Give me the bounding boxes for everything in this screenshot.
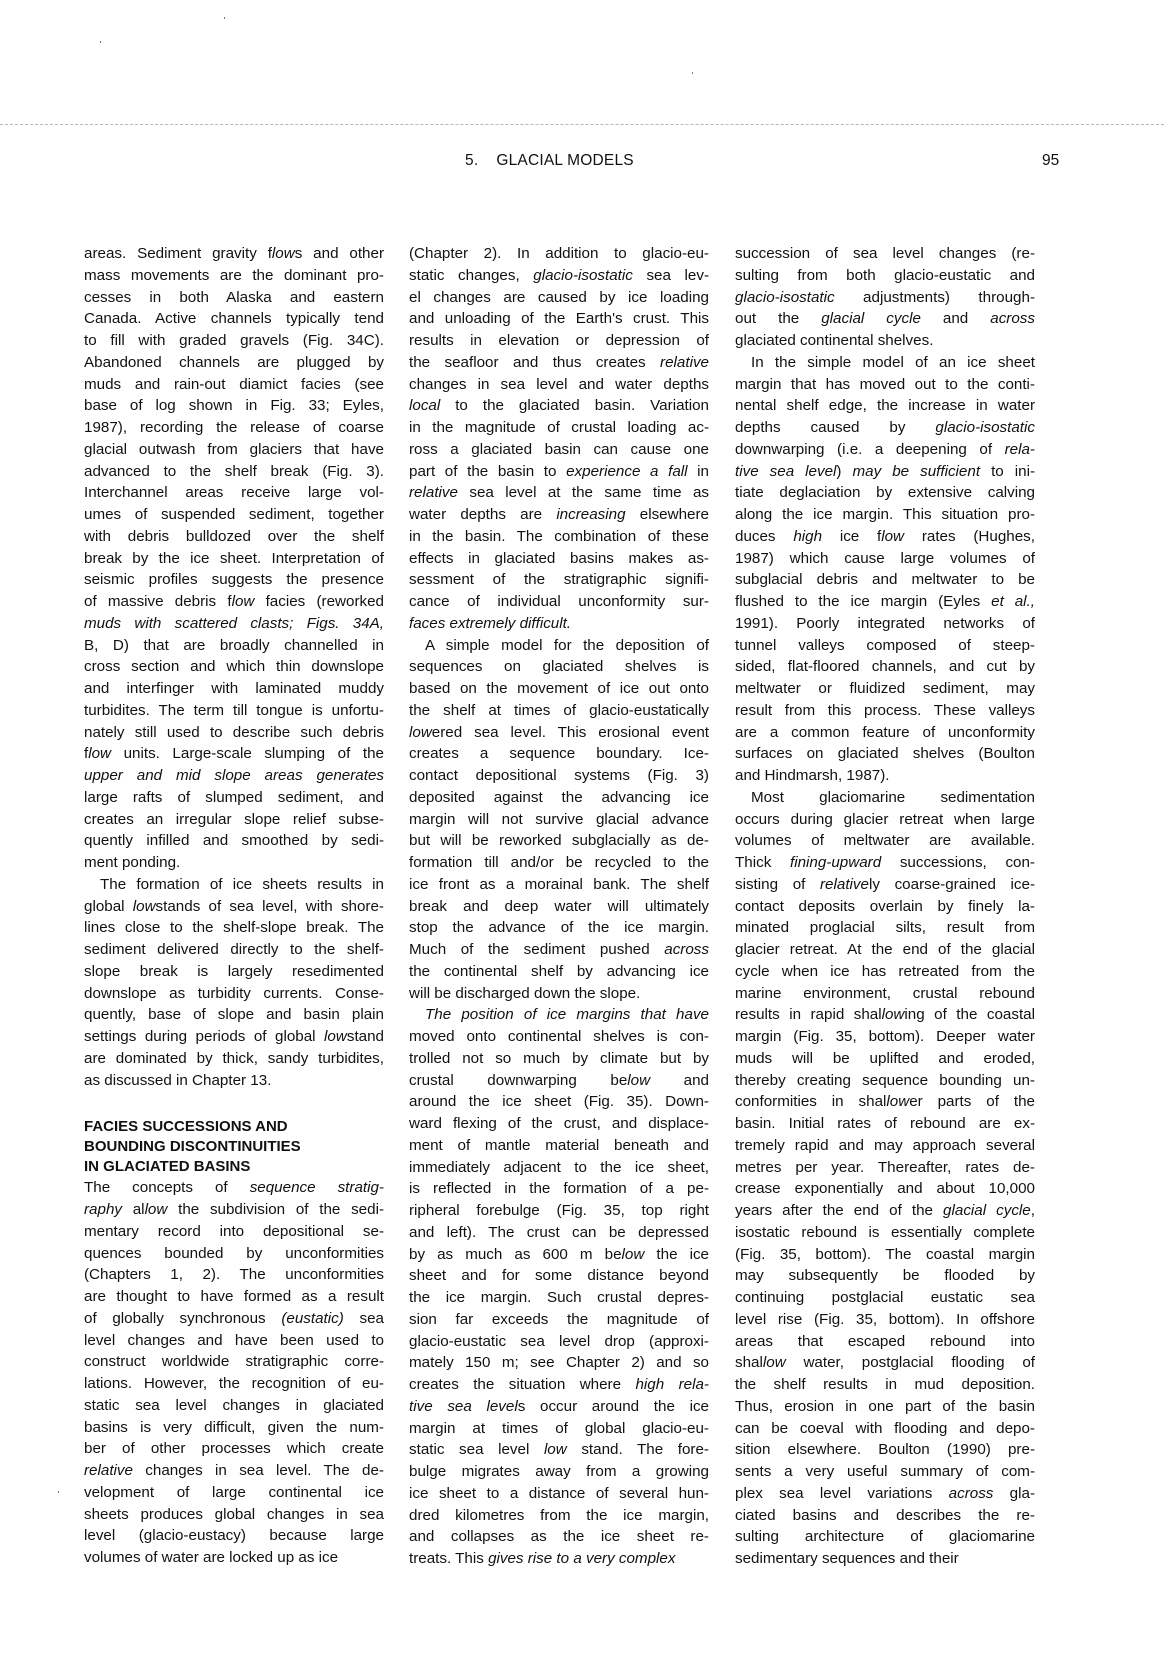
text-line: static sea level low stand. The fore- <box>409 1439 709 1461</box>
text-line: the shelf at times of glacio-eustaticall… <box>409 700 709 722</box>
text-line: sulting from both glacio-eustatic and <box>735 265 1035 287</box>
text-line: sents a very useful summary of com- <box>735 1461 1035 1483</box>
text-line: flow units. Large-scale slumping of the <box>84 743 384 765</box>
text-line: cross section and which thin downslope <box>84 656 384 678</box>
text-line: downwarping (i.e. a deepening of rela- <box>735 439 1035 461</box>
text-line: sulting architecture of glaciomarine <box>735 1526 1035 1548</box>
text-line: tive sea levels occur around the ice <box>409 1396 709 1418</box>
text-line: the shelf results in mud deposition. <box>735 1374 1035 1396</box>
text-line: immediately adjacent to the ice sheet, <box>409 1157 709 1179</box>
text-line: are a common feature of unconformity <box>735 722 1035 744</box>
heading-line: FACIES SUCCESSIONS AND <box>84 1117 384 1137</box>
text-line: sessment of the stratigraphic signifi- <box>409 569 709 591</box>
text-line: sided, flat-floored channels, and cut by <box>735 656 1035 678</box>
text-line: glaciated continental shelves. <box>735 330 1035 352</box>
text-line: water depths are increasing elsewhere <box>409 504 709 526</box>
scan-speck <box>100 41 101 43</box>
text-line: volumes of water are locked up as ice <box>84 1547 384 1569</box>
text-line: results in elevation or depression of <box>409 330 709 352</box>
paragraph: areas. Sediment gravity flows and otherm… <box>84 243 384 874</box>
text-line: areas. Sediment gravity flows and other <box>84 243 384 265</box>
text-line: as discussed in Chapter 13. <box>84 1070 384 1092</box>
text-line: level (glacio-eustacy) because large <box>84 1525 384 1547</box>
text-line: sediment delivered directly to the shelf… <box>84 939 384 961</box>
text-line: lowered sea level. This erosional event <box>409 722 709 744</box>
text-line: sequences on glaciated shelves is <box>409 656 709 678</box>
text-line: around the ice sheet (Fig. 35). Down- <box>409 1091 709 1113</box>
text-line: succession of sea level changes (re- <box>735 243 1035 265</box>
text-line: quences bounded by unconformities <box>84 1243 384 1265</box>
text-line: are thought to have formed as a result <box>84 1286 384 1308</box>
text-line: metres per year. Thereafter, rates de- <box>735 1157 1035 1179</box>
text-line: 1987) which cause large volumes of <box>735 548 1035 570</box>
text-line: global lowstands of sea level, with shor… <box>84 896 384 918</box>
text-line: and unloading of the Earth's crust. This <box>409 308 709 330</box>
text-line: break and deep water will ultimately <box>409 896 709 918</box>
text-line: ment ponding. <box>84 852 384 874</box>
text-line: glacier retreat. At the end of the glaci… <box>735 939 1035 961</box>
text-line: part of the basin to experience a fall i… <box>409 461 709 483</box>
text-line: but will be reworked subglacially as de- <box>409 830 709 852</box>
heading-line: IN GLACIATED BASINS <box>84 1157 384 1177</box>
text-line: are dominated by thick, sandy turbidites… <box>84 1048 384 1070</box>
text-line: seismic profiles suggests the presence <box>84 569 384 591</box>
text-line: Thick fining-upward successions, con- <box>735 852 1035 874</box>
text-line: surfaces on glaciated shelves (Boulton <box>735 743 1035 765</box>
text-line: flushed to the ice margin (Eyles et al., <box>735 591 1035 613</box>
text-line: base of log shown in Fig. 33; Eyles, <box>84 395 384 417</box>
text-line: muds with scattered clasts; Figs. 34A, <box>84 613 384 635</box>
paragraph: (Chapter 2). In addition to glacio-eu-st… <box>409 243 709 635</box>
text-column-2: (Chapter 2). In addition to glacio-eu-st… <box>409 243 709 1570</box>
running-header: 5. GLACIAL MODELS 95 <box>0 152 1164 176</box>
text-line: (Chapter 2). In addition to glacio-eu- <box>409 243 709 265</box>
text-line: treats. This gives rise to a very comple… <box>409 1548 709 1570</box>
text-line: depths caused by glacio-isostatic <box>735 417 1035 439</box>
text-line: (Fig. 35, bottom). The coastal margin <box>735 1244 1035 1266</box>
scan-speck <box>58 1491 59 1493</box>
text-line: based on the movement of ice out onto <box>409 678 709 700</box>
text-line: tremely rapid and may approach several <box>735 1135 1035 1157</box>
text-line: years after the end of the glacial cycle… <box>735 1200 1035 1222</box>
text-line: faces extremely difficult. <box>409 613 709 635</box>
text-line: nately still used to describe such debri… <box>84 722 384 744</box>
text-line: The concepts of sequence stratig- <box>84 1177 384 1199</box>
text-line: lations. However, the recognition of eu- <box>84 1373 384 1395</box>
text-line: formation till and/or be recycled to the <box>409 852 709 874</box>
text-line: margin (Fig. 35, bottom). Deeper water <box>735 1026 1035 1048</box>
text-line: effects in glaciated basins makes as- <box>409 548 709 570</box>
text-line: sheet and for some distance beyond <box>409 1265 709 1287</box>
text-line: out the glacial cycle and across <box>735 308 1035 330</box>
text-line: the seafloor and thus creates relative <box>409 352 709 374</box>
text-line: margin at times of global glacio-eu- <box>409 1418 709 1440</box>
text-line: result from this process. These valleys <box>735 700 1035 722</box>
text-line: glacio-isostatic adjustments) through- <box>735 287 1035 309</box>
text-line: The formation of ice sheets results in <box>84 874 384 896</box>
text-line: plex sea level variations across gla- <box>735 1483 1035 1505</box>
text-line: contact deposits overlain by finely la- <box>735 896 1035 918</box>
text-line: break by the ice sheet. Interpretation o… <box>84 548 384 570</box>
text-line: ripheral forebulge (Fig. 35, top right <box>409 1200 709 1222</box>
text-line: relative sea level at the same time as <box>409 482 709 504</box>
text-line: sisting of relatively coarse-grained ice… <box>735 874 1035 896</box>
text-line: advanced to the shelf break (Fig. 3). <box>84 461 384 483</box>
paragraph: The position of ice margins that havemov… <box>409 1004 709 1570</box>
text-line: upper and mid slope areas generates <box>84 765 384 787</box>
text-line: ward flexing of the crust, and displace- <box>409 1113 709 1135</box>
text-line: Abandoned channels are plugged by <box>84 352 384 374</box>
text-line: occurs during glacier retreat when large <box>735 809 1035 831</box>
text-line: tiate deglaciation by extensive calving <box>735 482 1035 504</box>
text-line: ment of mantle material beneath and <box>409 1135 709 1157</box>
text-line: subglacial debris and meltwater to be <box>735 569 1035 591</box>
text-line: sion far exceeds the magnitude of <box>409 1309 709 1331</box>
text-line: A simple model for the deposition of <box>409 635 709 657</box>
text-line: The position of ice margins that have <box>409 1004 709 1026</box>
text-line: isostatic rebound is essentially complet… <box>735 1222 1035 1244</box>
text-line: shallow water, postglacial flooding of <box>735 1352 1035 1374</box>
paragraph: succession of sea level changes (re-sult… <box>735 243 1035 352</box>
text-line: by as much as 600 m below the ice <box>409 1244 709 1266</box>
text-line: of globally synchronous (eustatic) sea <box>84 1308 384 1330</box>
text-line: basins is very difficult, given the num- <box>84 1417 384 1439</box>
text-line: minated proglacial silts, result from <box>735 917 1035 939</box>
text-line: the ice margin. Such crustal depres- <box>409 1287 709 1309</box>
heading-line: BOUNDING DISCONTINUITIES <box>84 1137 384 1157</box>
text-line: mass movements are the dominant pro- <box>84 265 384 287</box>
text-line: duces high ice flow rates (Hughes, <box>735 526 1035 548</box>
text-line: volumes of meltwater are available. <box>735 830 1035 852</box>
text-line: thereby creating sequence bounding un- <box>735 1070 1035 1092</box>
scan-speck <box>692 72 693 74</box>
text-line: mentary record into depositional se- <box>84 1221 384 1243</box>
text-line: quently, base of slope and basin plain <box>84 1004 384 1026</box>
text-line: ciated basins and describes the re- <box>735 1505 1035 1527</box>
text-line: level changes and have been used to <box>84 1330 384 1352</box>
text-line: conformities in shallower parts of the <box>735 1091 1035 1113</box>
text-line: umes of suspended sediment, together <box>84 504 384 526</box>
text-line: stop the advance of the ice margin. <box>409 917 709 939</box>
section-heading: FACIES SUCCESSIONS ANDBOUNDING DISCONTIN… <box>84 1117 384 1177</box>
text-line: nental shelf edge, the increase in water <box>735 395 1035 417</box>
text-line: el changes are caused by ice loading <box>409 287 709 309</box>
text-line: creates an irregular slope relief subse- <box>84 809 384 831</box>
text-line: B, D) that are broadly channelled in <box>84 635 384 657</box>
paragraph: The formation of ice sheets results ingl… <box>84 874 384 1092</box>
text-line: can be coeval with flooding and depo- <box>735 1418 1035 1440</box>
text-line: the continental shelf by advancing ice <box>409 961 709 983</box>
text-line: construct worldwide stratigraphic corre- <box>84 1351 384 1373</box>
text-line: and collapses as the ice sheet re- <box>409 1526 709 1548</box>
text-line: changes in sea level and water depths <box>409 374 709 396</box>
text-line: basin. Initial rates of rebound are ex- <box>735 1113 1035 1135</box>
text-line: Canada. Active channels typically tend <box>84 308 384 330</box>
text-line: (Chapters 1, 2). The unconformities <box>84 1264 384 1286</box>
text-line: creates the situation where high rela- <box>409 1374 709 1396</box>
text-column-3: succession of sea level changes (re-sult… <box>735 243 1035 1570</box>
text-line: Most glaciomarine sedimentation <box>735 787 1035 809</box>
text-line: settings during periods of global lowsta… <box>84 1026 384 1048</box>
text-line: in the basin. The combination of these <box>409 526 709 548</box>
text-line: cycle when ice has retreated from the <box>735 961 1035 983</box>
text-line: Much of the sediment pushed across <box>409 939 709 961</box>
text-line: quently infilled and smoothed by sedi- <box>84 830 384 852</box>
text-line: creates a sequence boundary. Ice- <box>409 743 709 765</box>
text-line: large rafts of slumped sediment, and <box>84 787 384 809</box>
text-line: marine environment, crustal rebound <box>735 983 1035 1005</box>
text-line: will be discharged down the slope. <box>409 983 709 1005</box>
text-line: along the ice margin. This situation pro… <box>735 504 1035 526</box>
paragraph: Most glaciomarine sedimentationoccurs du… <box>735 787 1035 1570</box>
text-line: tive sea level) may be sufficient to ini… <box>735 461 1035 483</box>
text-line: muds and rain-out diamict facies (see <box>84 374 384 396</box>
text-line: ice front as a morainal bank. The shelf <box>409 874 709 896</box>
text-line: ber of other processes which create <box>84 1438 384 1460</box>
text-line: with debris bulldozed over the shelf <box>84 526 384 548</box>
text-line: level rise (Fig. 35, bottom). In offshor… <box>735 1309 1035 1331</box>
text-line: downslope as turbidity currents. Conse- <box>84 983 384 1005</box>
text-line: in the magnitude of crustal loading ac- <box>409 417 709 439</box>
text-column-1: areas. Sediment gravity flows and otherm… <box>84 243 384 1569</box>
text-line: continuing postglacial eustatic sea <box>735 1287 1035 1309</box>
text-line: muds will be uplifted and eroded, <box>735 1048 1035 1070</box>
text-line: may subsequently be flooded by <box>735 1265 1035 1287</box>
text-line: static sea level changes in glaciated <box>84 1395 384 1417</box>
text-line: lines close to the shelf-slope break. Th… <box>84 917 384 939</box>
text-line: areas that escaped rebound into <box>735 1331 1035 1353</box>
text-line: ice sheet to a distance of several hun- <box>409 1483 709 1505</box>
text-line: cesses in both Alaska and eastern <box>84 287 384 309</box>
text-line: 1987), recording the release of coarse <box>84 417 384 439</box>
text-line: bulge migrates away from a growing <box>409 1461 709 1483</box>
text-line: dred kilometres from the ice margin, <box>409 1505 709 1527</box>
text-line: Interchannel areas receive large vol- <box>84 482 384 504</box>
text-line: ross a glaciated basin can cause one <box>409 439 709 461</box>
text-line: In the simple model of an ice sheet <box>735 352 1035 374</box>
text-line: trolled not so much by climate but by <box>409 1048 709 1070</box>
text-line: meltwater or fluidized sediment, may <box>735 678 1035 700</box>
scan-artifact-line <box>0 124 1164 125</box>
text-line: static changes, glacio-isostatic sea lev… <box>409 265 709 287</box>
text-line: is reflected in the formation of a pe- <box>409 1178 709 1200</box>
text-line: of massive debris flow facies (reworked <box>84 591 384 613</box>
text-line: margin that has moved out to the conti- <box>735 374 1035 396</box>
text-line: deposited against the advancing ice <box>409 787 709 809</box>
text-line: turbidites. The term till tongue is unfo… <box>84 700 384 722</box>
text-line: tunnel valleys composed of steep- <box>735 635 1035 657</box>
text-line: sition elsewhere. Boulton (1990) pre- <box>735 1439 1035 1461</box>
text-line: velopment of large continental ice <box>84 1482 384 1504</box>
page-number: 95 <box>1042 152 1059 170</box>
text-line: Thus, erosion in one part of the basin <box>735 1396 1035 1418</box>
paragraph: A simple model for the deposition ofsequ… <box>409 635 709 1005</box>
text-line: raphy allow the subdivision of the sedi- <box>84 1199 384 1221</box>
text-line: moved onto continental shelves is con- <box>409 1026 709 1048</box>
text-line: results in rapid shallowing of the coast… <box>735 1004 1035 1026</box>
scan-speck <box>224 17 225 19</box>
text-line: relative changes in sea level. The de- <box>84 1460 384 1482</box>
text-line: 1991). Poorly integrated networks of <box>735 613 1035 635</box>
text-line: glacial outwash from glaciers that have <box>84 439 384 461</box>
text-line: margin will not survive glacial advance <box>409 809 709 831</box>
text-line: and interfinger with laminated muddy <box>84 678 384 700</box>
paragraph: In the simple model of an ice sheetmargi… <box>735 352 1035 787</box>
text-line: glacio-eustatic sea level drop (approxi- <box>409 1331 709 1353</box>
text-line: crease exponentially and about 10,000 <box>735 1178 1035 1200</box>
text-line: to fill with graded gravels (Fig. 34C). <box>84 330 384 352</box>
text-line: and Hindmarsh, 1987). <box>735 765 1035 787</box>
text-line: and left). The crust can be depressed <box>409 1222 709 1244</box>
paragraph: The concepts of sequence stratig-raphy a… <box>84 1177 384 1569</box>
text-line: slope break is largely resedimented <box>84 961 384 983</box>
text-line: contact depositional systems (Fig. 3) <box>409 765 709 787</box>
text-line: mately 150 m; see Chapter 2) and so <box>409 1352 709 1374</box>
text-line: sheets produces global changes in sea <box>84 1504 384 1526</box>
text-line: crustal downwarping below and <box>409 1070 709 1092</box>
text-line: cance of individual unconformity sur- <box>409 591 709 613</box>
text-line: local to the glaciated basin. Variation <box>409 395 709 417</box>
text-line: sedimentary sequences and their <box>735 1548 1035 1570</box>
chapter-title: 5. GLACIAL MODELS <box>465 152 634 170</box>
